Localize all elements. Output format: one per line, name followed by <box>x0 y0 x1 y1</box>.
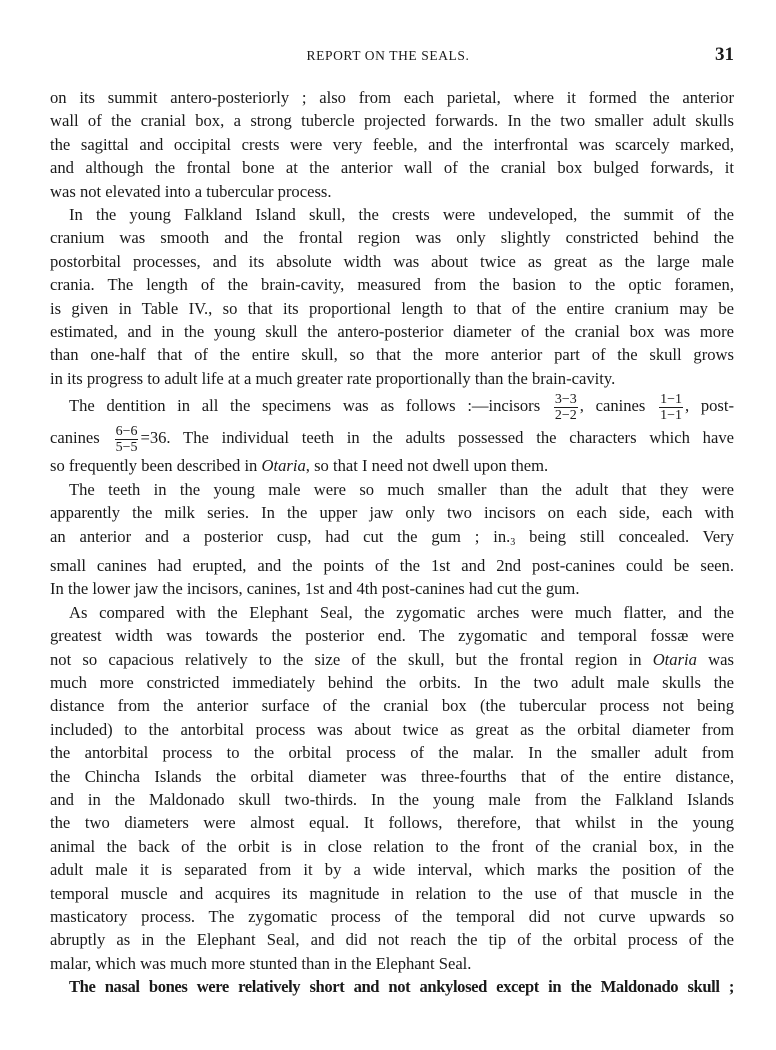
text-line: In the young Falkland Island skull, the … <box>50 203 734 226</box>
paragraph-nasal-bones: The nasal bones were relatively short an… <box>50 975 734 998</box>
paragraph-young-male-teeth: The teeth in the young male were so much… <box>50 478 734 601</box>
text-line: not so capacious relatively to the size … <box>50 648 734 671</box>
dentition-text: The dentition in all the specimens was a… <box>69 396 540 415</box>
page-number: 31 <box>715 44 734 66</box>
text-line: was not elevated into a tubercular proce… <box>50 180 734 203</box>
text-line: crania. The length of the brain-cavity, … <box>50 273 734 296</box>
text-line: than one-half that of the entire skull, … <box>50 343 734 366</box>
text-span: was <box>697 650 734 669</box>
text-line: much more constricted immediately behind… <box>50 671 734 694</box>
text-line: abruptly as in the Elephant Seal, and di… <box>50 928 734 951</box>
text-line: The nasal bones were relatively short an… <box>50 975 734 998</box>
fraction-numerator: 6−6 <box>115 424 139 440</box>
running-title: REPORT ON THE SEALS. <box>0 48 776 64</box>
text-line: animal the back of the orbit is in close… <box>50 835 734 858</box>
text-span: so frequently been described in <box>50 456 262 475</box>
text-line: canines 6−65−5=36. The individual teeth … <box>50 422 734 454</box>
dentition-text: , post- <box>685 396 734 415</box>
fraction-denominator: 5−5 <box>115 440 139 455</box>
text-line: small canines had erupted, and the point… <box>50 554 734 577</box>
body-text: on its summit antero-posteriorly ; also … <box>50 86 734 999</box>
text-line: cranium was smooth and the frontal regio… <box>50 226 734 249</box>
paragraph-elephant-seal-comparison: As compared with the Elephant Seal, the … <box>50 601 734 976</box>
text-line: the sagittal and occipital crests were v… <box>50 133 734 156</box>
text-line: and in the Maldonado skull two-thirds. I… <box>50 788 734 811</box>
dentition-text: =36. The individual teeth in the adults … <box>140 428 734 447</box>
text-line: the antorbital process to the orbital pr… <box>50 741 734 764</box>
paragraph-dentition: The dentition in all the specimens was a… <box>50 390 734 477</box>
fraction-numerator: 1−1 <box>659 392 683 408</box>
text-line: postorbital processes, and its absolute … <box>50 250 734 273</box>
text-line: In the lower jaw the incisors, canines, … <box>50 577 734 600</box>
text-line: wall of the cranial box, a strong tuberc… <box>50 109 734 132</box>
text-line: masticatory process. The zygomatic proce… <box>50 905 734 928</box>
text-line: distance from the anterior surface of th… <box>50 694 734 717</box>
text-line: apparently the milk series. In the upper… <box>50 501 734 524</box>
fraction-numerator: 3−3 <box>554 392 578 408</box>
canines-fraction: 1−11−1 <box>659 392 683 423</box>
text-line: adult male it is separated from it by a … <box>50 858 734 881</box>
text-span: an anterior and a posterior cusp, had cu… <box>50 527 510 546</box>
text-line: The teeth in the young male were so much… <box>50 478 734 501</box>
text-line: estimated, and in the young skull the an… <box>50 320 734 343</box>
text-line: the two diameters were almost equal. It … <box>50 811 734 834</box>
text-line: malar, which was much more stunted than … <box>50 952 734 975</box>
paragraph-continuation: on its summit antero-posteriorly ; also … <box>50 86 734 203</box>
fraction-denominator: 1−1 <box>659 408 683 423</box>
text-line: temporal muscle and acquires its magnitu… <box>50 882 734 905</box>
text-line: so frequently been described in Otaria, … <box>50 454 734 477</box>
text-line: the Chincha Islands the orbital diameter… <box>50 765 734 788</box>
text-line: is given in Table IV., so that its propo… <box>50 297 734 320</box>
text-line: The dentition in all the specimens was a… <box>50 390 734 422</box>
running-head: REPORT ON THE SEALS. 31 <box>0 44 776 68</box>
text-span: being still concealed. Very <box>515 527 734 546</box>
text-line: in its progress to adult life at a much … <box>50 367 734 390</box>
text-line: on its summit antero-posteriorly ; also … <box>50 86 734 109</box>
genus-name-italic: Otaria <box>262 456 306 475</box>
postcanines-fraction: 6−65−5 <box>115 424 139 455</box>
text-line: and although the frontal bone at the ant… <box>50 156 734 179</box>
text-span: , so that I need not dwell upon them. <box>306 456 548 475</box>
text-line: an anterior and a posterior cusp, had cu… <box>50 525 734 554</box>
dentition-text: canines <box>50 428 100 447</box>
text-line: As compared with the Elephant Seal, the … <box>50 601 734 624</box>
fraction-denominator: 2−2 <box>554 408 578 423</box>
document-page: REPORT ON THE SEALS. 31 on its summit an… <box>0 0 776 1050</box>
text-span: not so capacious relatively to the size … <box>50 650 653 669</box>
paragraph-falkland-skull: In the young Falkland Island skull, the … <box>50 203 734 390</box>
dentition-text: , canines <box>580 396 646 415</box>
incisors-fraction: 3−32−2 <box>554 392 578 423</box>
text-line: greatest width was towards the posterior… <box>50 624 734 647</box>
genus-name-italic: Otaria <box>653 650 697 669</box>
text-line: included) to the antorbital process was … <box>50 718 734 741</box>
